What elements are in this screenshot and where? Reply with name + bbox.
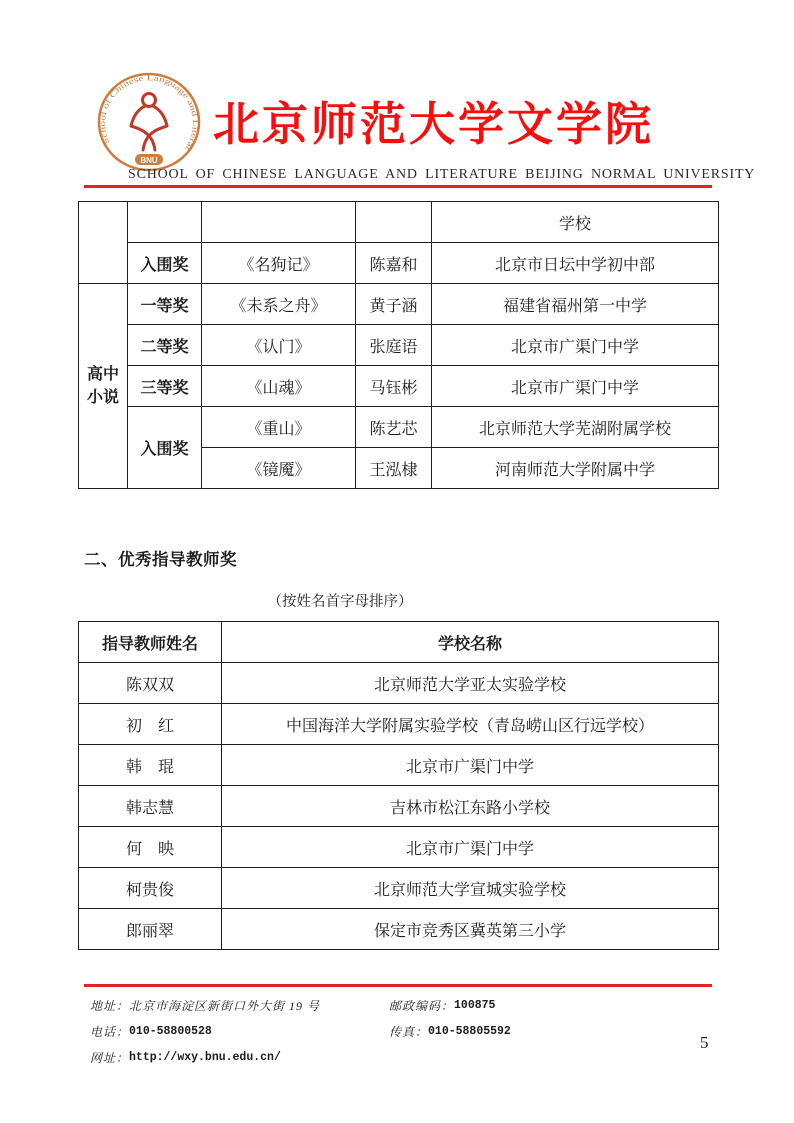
table-row: 二等奖 《认门》 张庭语 北京市广渠门中学 [79,325,719,366]
fax-label: 传真： [389,1023,428,1040]
school-cell: 北京市广渠门中学 [432,325,719,366]
seal-bnu-label: BNU [140,156,158,165]
school-cell: 北京市日坛中学初中部 [432,243,719,284]
section-subtitle: （按姓名首字母排序） [78,590,718,611]
school-name-cell: 吉林市松江东路小学校 [222,786,719,827]
seal-figure-icon [131,94,167,151]
school-name-cell: 北京市广渠门中学 [222,827,719,868]
fax-value: 010-58805592 [428,1025,511,1038]
table-row: 何 映 北京市广渠门中学 [79,827,719,868]
work-cell: 《山魂》 [202,366,356,407]
header-divider [84,185,712,188]
school-seal-logo: School of Chinese Language and Literatur… [93,70,205,174]
award-cell: 一等奖 [128,284,202,325]
teacher-name-header: 指导教师姓名 [79,622,222,663]
table-row: 郎丽翠 保定市竞秀区冀英第三小学 [79,909,719,950]
author-cell-empty [356,202,432,243]
table-row: 韩 琨 北京市广渠门中学 [79,745,719,786]
table-row: 学校 [79,202,719,243]
page-number: 5 [700,1033,709,1053]
school-name-header: 学校名称 [222,622,719,663]
footer-row-website: 网址： http://wxy.bnu.edu.cn/ [90,1044,712,1070]
footer-row-address: 地址： 北京市海淀区新街口外大街 19 号 邮政编码： 100875 [90,992,712,1018]
school-name-cell: 中国海洋大学附属实验学校（青岛崂山区行远学校） [222,704,719,745]
category-cell: 高中 小说 [79,284,128,489]
work-cell: 《未系之舟》 [202,284,356,325]
category-cell-empty [79,202,128,284]
table-row: 三等奖 《山魂》 马钰彬 北京市广渠门中学 [79,366,719,407]
footer-right-fax: 传真： 010-58805592 [389,1018,511,1044]
table-row: 入围奖 《重山》 陈艺芯 北京师范大学芜湖附属学校 [79,407,719,448]
school-name-cell: 保定市竞秀区冀英第三小学 [222,909,719,950]
author-cell: 王泓棣 [356,448,432,489]
author-cell: 黄子涵 [356,284,432,325]
teachers-table: 指导教师姓名 学校名称 陈双双 北京师范大学亚太实验学校 初 红 中国海洋大学附… [78,621,719,950]
footer: 地址： 北京市海淀区新街口外大街 19 号 邮政编码： 100875 电话： 0… [90,992,712,1070]
page-title-english: SCHOOL OF CHINESE LANGUAGE AND LITERATUR… [78,167,718,183]
school-cell: 北京市广渠门中学 [432,366,719,407]
category-line2: 小说 [81,386,125,409]
award-cell: 二等奖 [128,325,202,366]
work-cell: 《认门》 [202,325,356,366]
footer-row-phone: 电话： 010-58800528 传真： 010-58805592 [90,1018,712,1044]
teacher-name-cell: 柯贵俊 [79,868,222,909]
address-label: 地址： [90,997,129,1014]
address-value: 北京市海淀区新街口外大街 19 号 [129,997,320,1014]
section-heading: 二、优秀指导教师奖 [84,546,237,570]
award-cell: 入围奖 [128,407,202,489]
author-cell: 陈艺芯 [356,407,432,448]
table-row: 入围奖 《名狗记》 陈嘉和 北京市日坛中学初中部 [79,243,719,284]
table-row: 韩志慧 吉林市松江东路小学校 [79,786,719,827]
table-row: 陈双双 北京师范大学亚太实验学校 [79,663,719,704]
category-line1: 高中 [81,363,125,386]
school-header-cell: 学校 [432,202,719,243]
author-cell: 陈嘉和 [356,243,432,284]
website-label: 网址： [90,1049,129,1066]
work-cell: 《重山》 [202,407,356,448]
table-header-row: 指导教师姓名 学校名称 [79,622,719,663]
postal-value: 100875 [454,999,495,1012]
award-cell: 入围奖 [128,243,202,284]
awards-table: 学校 入围奖 《名狗记》 陈嘉和 北京市日坛中学初中部 高中 小说 一等奖 《未… [78,201,719,489]
footer-divider [84,984,712,987]
work-cell: 《名狗记》 [202,243,356,284]
website-value: http://wxy.bnu.edu.cn/ [129,1051,281,1064]
teacher-name-cell: 初 红 [79,704,222,745]
footer-right-postal: 邮政编码： 100875 [389,992,495,1018]
school-name-cell: 北京师范大学亚太实验学校 [222,663,719,704]
award-cell: 三等奖 [128,366,202,407]
author-cell: 马钰彬 [356,366,432,407]
award-cell-empty [128,202,202,243]
school-cell: 河南师范大学附属中学 [432,448,719,489]
teacher-name-cell: 韩志慧 [79,786,222,827]
phone-label: 电话： [90,1023,129,1040]
author-cell: 张庭语 [356,325,432,366]
table-row: 高中 小说 一等奖 《未系之舟》 黄子涵 福建省福州第一中学 [79,284,719,325]
phone-value: 010-58800528 [129,1025,212,1038]
work-cell: 《镜魇》 [202,448,356,489]
teacher-name-cell: 韩 琨 [79,745,222,786]
table-row: 初 红 中国海洋大学附属实验学校（青岛崂山区行远学校） [79,704,719,745]
teacher-name-cell: 何 映 [79,827,222,868]
school-name-cell: 北京市广渠门中学 [222,745,719,786]
school-name-cell: 北京师范大学宣城实验学校 [222,868,719,909]
teacher-name-cell: 陈双双 [79,663,222,704]
table-row: 柯贵俊 北京师范大学宣城实验学校 [79,868,719,909]
school-cell: 北京师范大学芜湖附属学校 [432,407,719,448]
work-cell-empty [202,202,356,243]
document-page: School of Chinese Language and Literatur… [0,0,794,1123]
postal-label: 邮政编码： [389,997,454,1014]
teacher-name-cell: 郎丽翠 [79,909,222,950]
school-cell: 福建省福州第一中学 [432,284,719,325]
page-title: 北京师范大学文学院 [213,88,654,154]
